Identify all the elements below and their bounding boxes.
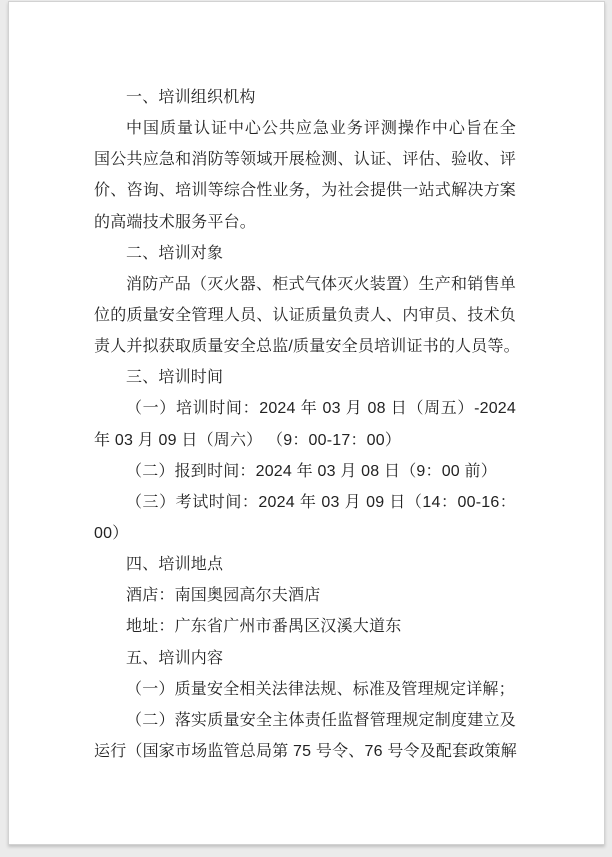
text-line: 地址：广东省广州市番禺区汉溪大道东 [94,611,516,642]
section-heading: 四、培训地点 [94,549,516,580]
text-line: （一）培训时间：2024 年 03 月 08 日（周五）-2024 [94,393,516,424]
text-line: 消防产品（灭火器、柜式气体灭火装置）生产和销售单 [94,269,516,300]
text-line: 00） [94,518,516,549]
text-line: （三）考试时间：2024 年 03 月 09 日（14：00-16： [94,487,516,518]
text-line: （二）落实质量安全主体责任监督管理规定制度建立及 [94,705,516,736]
text-line: 酒店：南国奥园高尔夫酒店 [94,580,516,611]
text-line: 价、咨询、培训等综合性业务，为社会提供一站式解决方案 [94,175,516,206]
text-line: 运行（国家市场监管总局第 75 号令、76 号令及配套政策解 [94,736,516,767]
section-heading: 三、培训时间 [94,362,516,393]
text-line: （二）报到时间：2024 年 03 月 08 日（9：00 前） [94,456,516,487]
text-line: 的高端技术服务平台。 [94,207,516,238]
text-line: （一）质量安全相关法律法规、标准及管理规定详解； [94,674,516,705]
text-line: 位的质量安全管理人员、认证质量负责人、内审员、技术负 [94,300,516,331]
document-page: 一、培训组织机构中国质量认证中心公共应急业务评测操作中心旨在全国公共应急和消防等… [8,1,605,845]
text-line: 国公共应急和消防等领域开展检测、认证、评估、验收、评 [94,144,516,175]
document-viewer: 一、培训组织机构中国质量认证中心公共应急业务评测操作中心旨在全国公共应急和消防等… [0,0,612,857]
document-body: 一、培训组织机构中国质量认证中心公共应急业务评测操作中心旨在全国公共应急和消防等… [94,82,516,767]
section-heading: 五、培训内容 [94,643,516,674]
text-line: 中国质量认证中心公共应急业务评测操作中心旨在全 [94,113,516,144]
text-line: 责人并拟获取质量安全总监/质量安全员培训证书的人员等。 [94,331,516,362]
section-heading: 二、培训对象 [94,238,516,269]
section-heading: 一、培训组织机构 [94,82,516,113]
text-line: 年 03 月 09 日（周六） （9：00-17：00） [94,425,516,456]
